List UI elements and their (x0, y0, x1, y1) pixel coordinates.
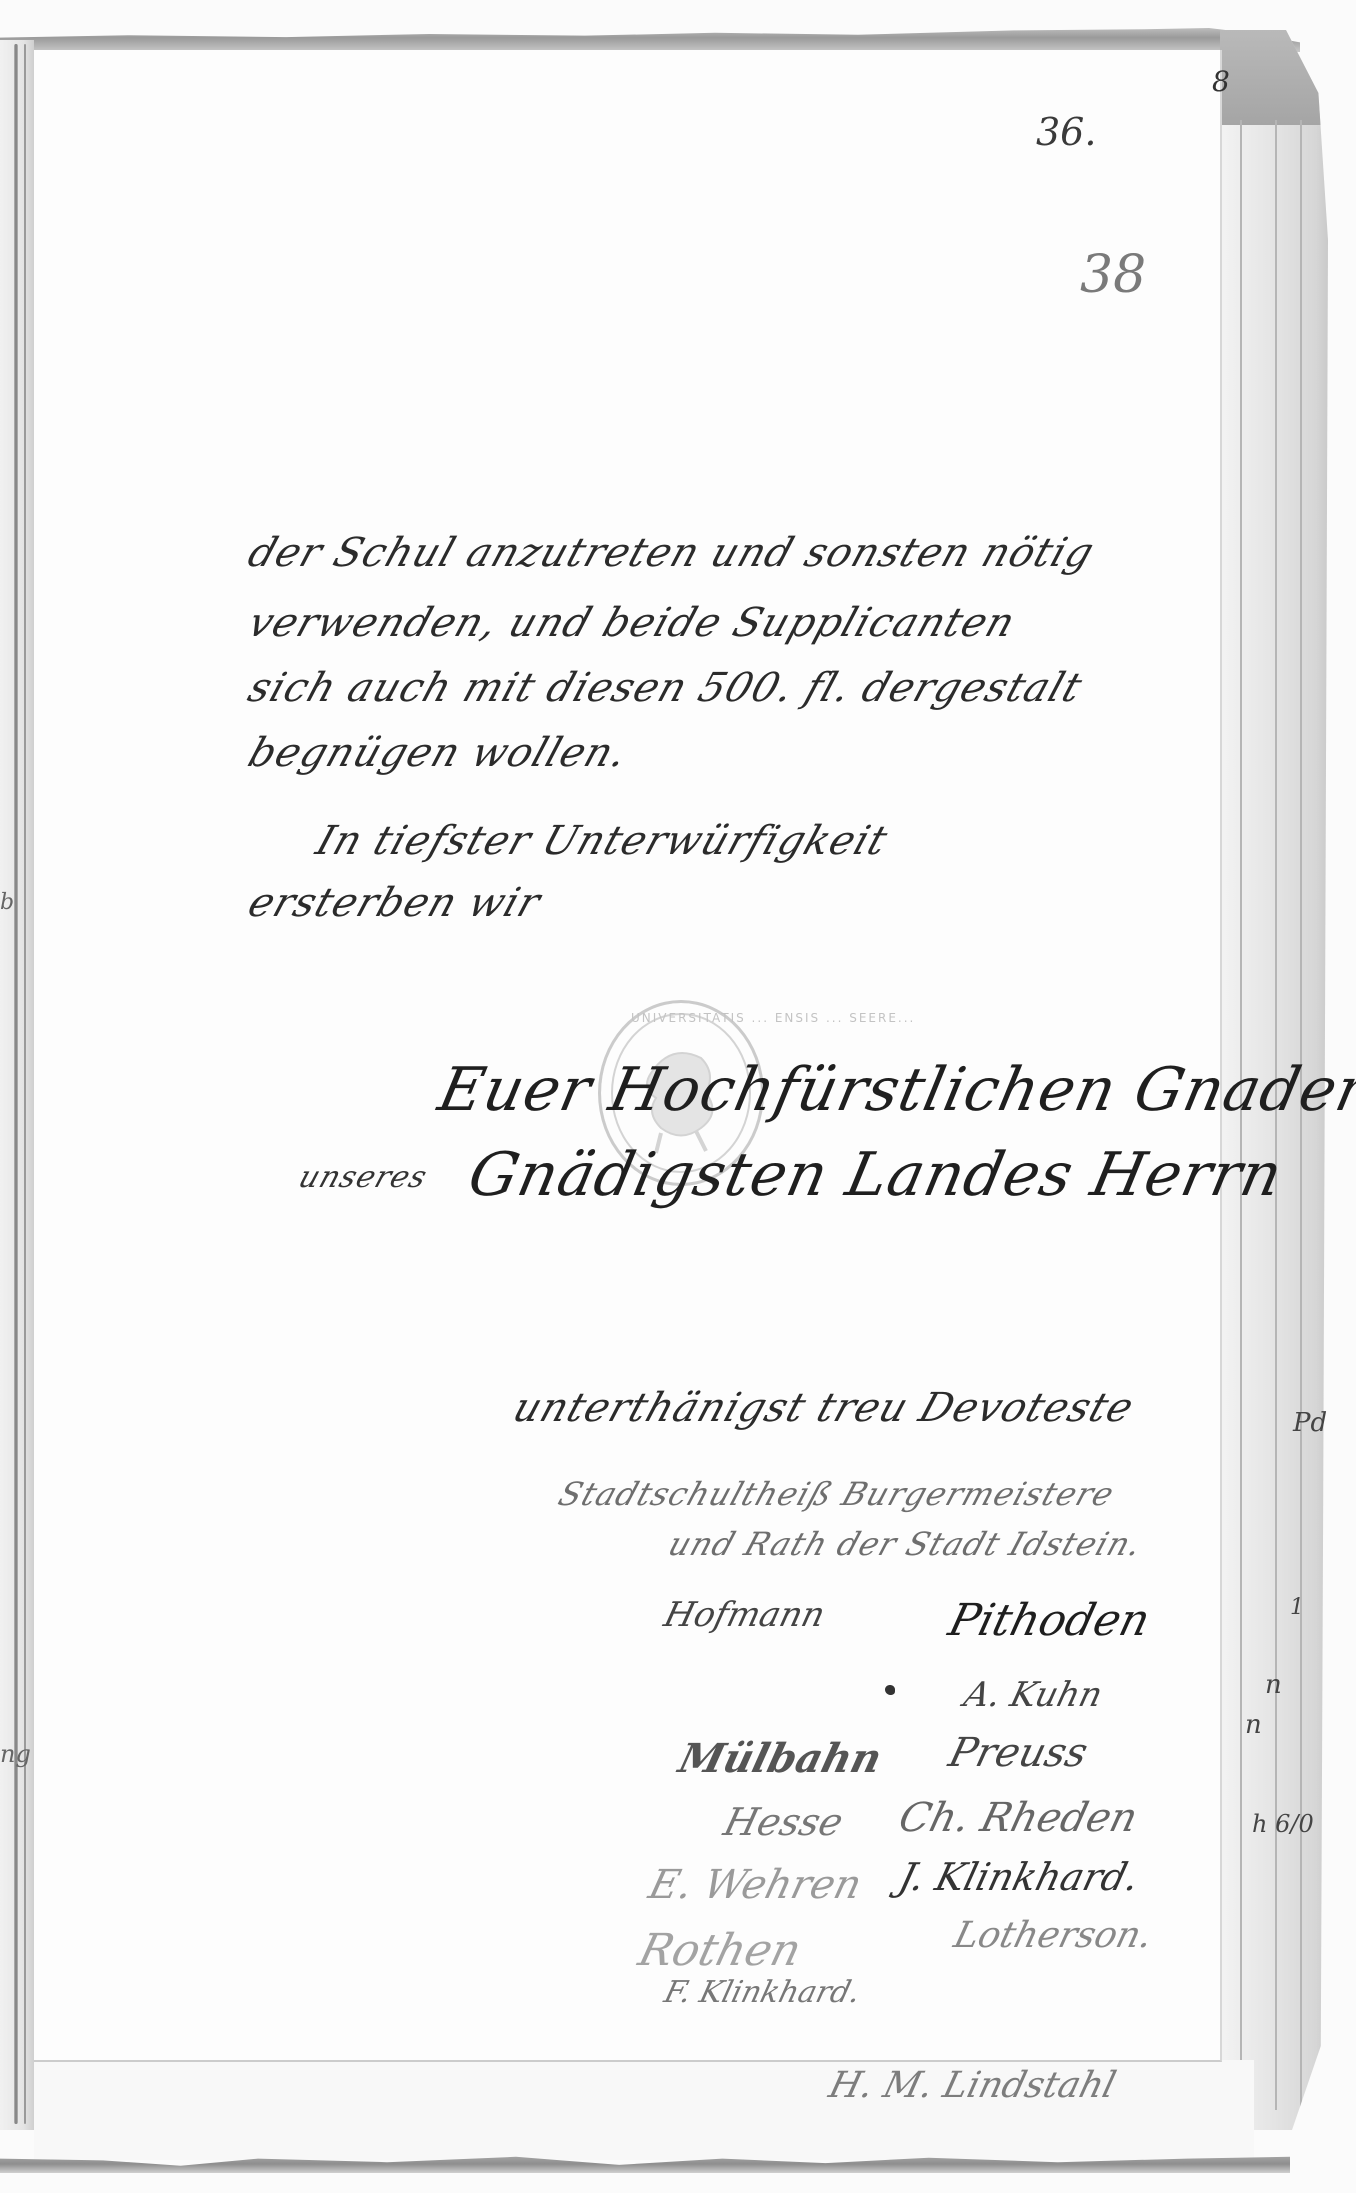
council-line-2: und Rath der Stadt Idstein. (664, 1525, 1147, 1563)
margin-mark-right-2: 1 (1290, 1595, 1304, 1620)
margin-mark-right-4: n (1245, 1710, 1262, 1740)
signature-right-3: Preuss (944, 1730, 1092, 1776)
seal-inscription: UNIVERSITATIS ... ENSIS ... SEERE... (631, 1011, 915, 1025)
body-line-5: In tiefster Unterwürfigkeit (311, 818, 894, 864)
signature-right-1: Pithoden (944, 1595, 1155, 1646)
margin-mark-right-1: Pd (1293, 1408, 1327, 1438)
salutation-line-2: Gnädigsten Landes Herrn (463, 1140, 1289, 1210)
body-line-1: der Schul anzutreten und sonsten nötig (243, 530, 1101, 576)
signature-left-2: Mülbahn (674, 1735, 886, 1782)
signature-left-4: E. Wehren (644, 1862, 866, 1908)
document-scan: 8 36. 38 der Schul anzutreten und sonste… (0, 0, 1356, 2193)
top-torn-edge (0, 28, 1300, 52)
folio-number-upper: 36. (1036, 110, 1096, 154)
signature-right-4: Ch. Rheden (894, 1795, 1142, 1841)
body-line-3: sich auch mit diesen 500. fl. dergestalt (243, 665, 1089, 711)
salutation-line-2-prefix: unseres (294, 1160, 432, 1195)
margin-mark-left-1: ng (0, 1740, 31, 1768)
stacked-pages-top-shadow (1220, 30, 1340, 125)
body-line-6: ersterben wir (243, 880, 547, 926)
margin-mark-left-2: b (0, 890, 14, 915)
signature-left-3: Hesse (720, 1800, 848, 1844)
ink-blot (885, 1685, 895, 1695)
salutation-line-1: Euer Hochfürstlichen Gnaden (433, 1055, 1356, 1125)
signature-right-6: Lotherson. (950, 1915, 1157, 1956)
folio-corner-fragment: 8 (1212, 65, 1230, 98)
body-line-2: verwenden, und beide Supplicanten (243, 600, 1022, 646)
council-line-1: Stadtschultheiß Burgermeistere (554, 1475, 1120, 1513)
signature-right-5: J. Klinkhard. (895, 1855, 1144, 1899)
margin-mark-right-5: h 6/0 (1252, 1810, 1314, 1838)
folio-number-lower: 38 (1080, 245, 1146, 305)
signature-right-2: A. Kuhn (960, 1675, 1106, 1715)
archival-note: H. M. Lindstahl (825, 2065, 1120, 2106)
body-line-4: begnügen wollen. (243, 730, 634, 776)
binding-line-secondary (24, 44, 26, 2124)
margin-mark-right-3: n (1265, 1670, 1282, 1700)
signature-left-5: Rothen (634, 1925, 807, 1976)
signature-left-1: Hofmann (660, 1595, 829, 1635)
closing-formula: unterthänigst treu Devoteste (508, 1385, 1140, 1431)
binding-line (14, 44, 18, 2124)
signature-left-6: F. Klinkhard. (661, 1975, 864, 2010)
